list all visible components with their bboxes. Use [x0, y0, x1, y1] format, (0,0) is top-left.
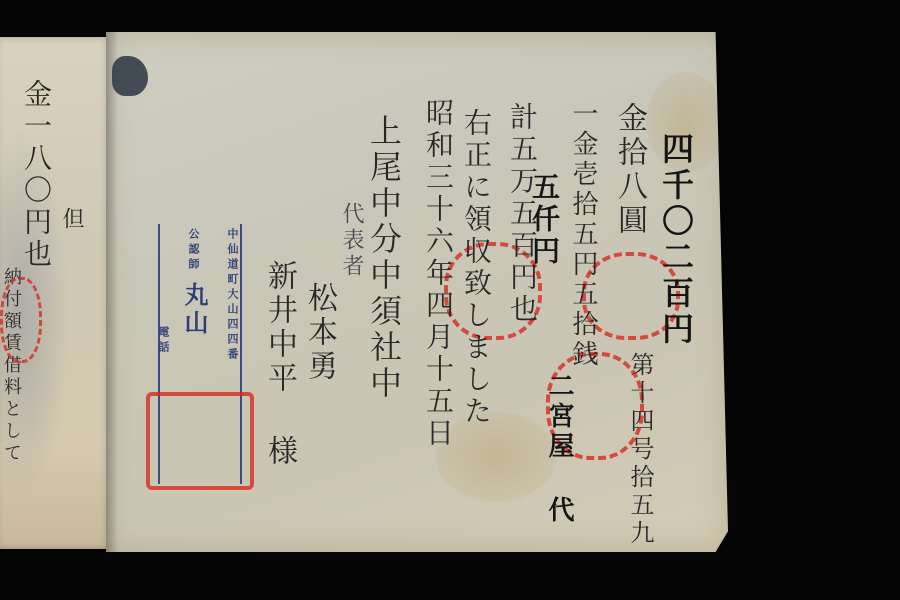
amount-column: 金拾八圓 [614, 102, 644, 238]
organization-line: 上尾中分中須社中 [368, 114, 400, 402]
stamp-phone: 電話 [158, 326, 169, 356]
main-page: 公認師 丸山 電話 中仙道町大山四四番 金拾八圓 四千〇二百円 一金壱拾五円五拾… [106, 32, 728, 552]
item-line-1: 一金壱拾五円五拾銭 [570, 100, 596, 370]
photo-background: 金一八〇円也 但 納付額賃借料として 公認師 丸山 電話 中仙道町大山四四番 金… [0, 0, 900, 600]
stamp-address: 中仙道町大山四四番 [227, 228, 238, 363]
date-line: 昭和三十六年四月十五日 [424, 98, 452, 450]
seal-bottom-left [146, 392, 254, 490]
stamp-label: 公認師 [188, 228, 199, 273]
stamp-name: 丸山 [182, 282, 206, 338]
left-amount-column: 金一八〇円也 [22, 79, 50, 271]
left-page: 金一八〇円也 但 納付額賃借料として [0, 37, 112, 549]
addressee-name: 新井中平 様 [264, 260, 294, 469]
received-statement: 右正に領収致しました [462, 108, 490, 428]
left-note-column: 但 [60, 207, 82, 233]
total-line: 計五万五百円也 [508, 102, 536, 326]
ink-blot [112, 56, 148, 96]
page-fold-shadow [106, 32, 118, 552]
representative-name: 松本勇 [304, 282, 334, 384]
left-seal [0, 277, 42, 363]
issuer-name: 二宮屋 代 [546, 372, 572, 526]
receipt-number: 第十四号拾五九 [628, 352, 652, 548]
amount-large: 四千〇二百円 [660, 132, 692, 348]
representative-label: 代表者 [340, 202, 362, 280]
